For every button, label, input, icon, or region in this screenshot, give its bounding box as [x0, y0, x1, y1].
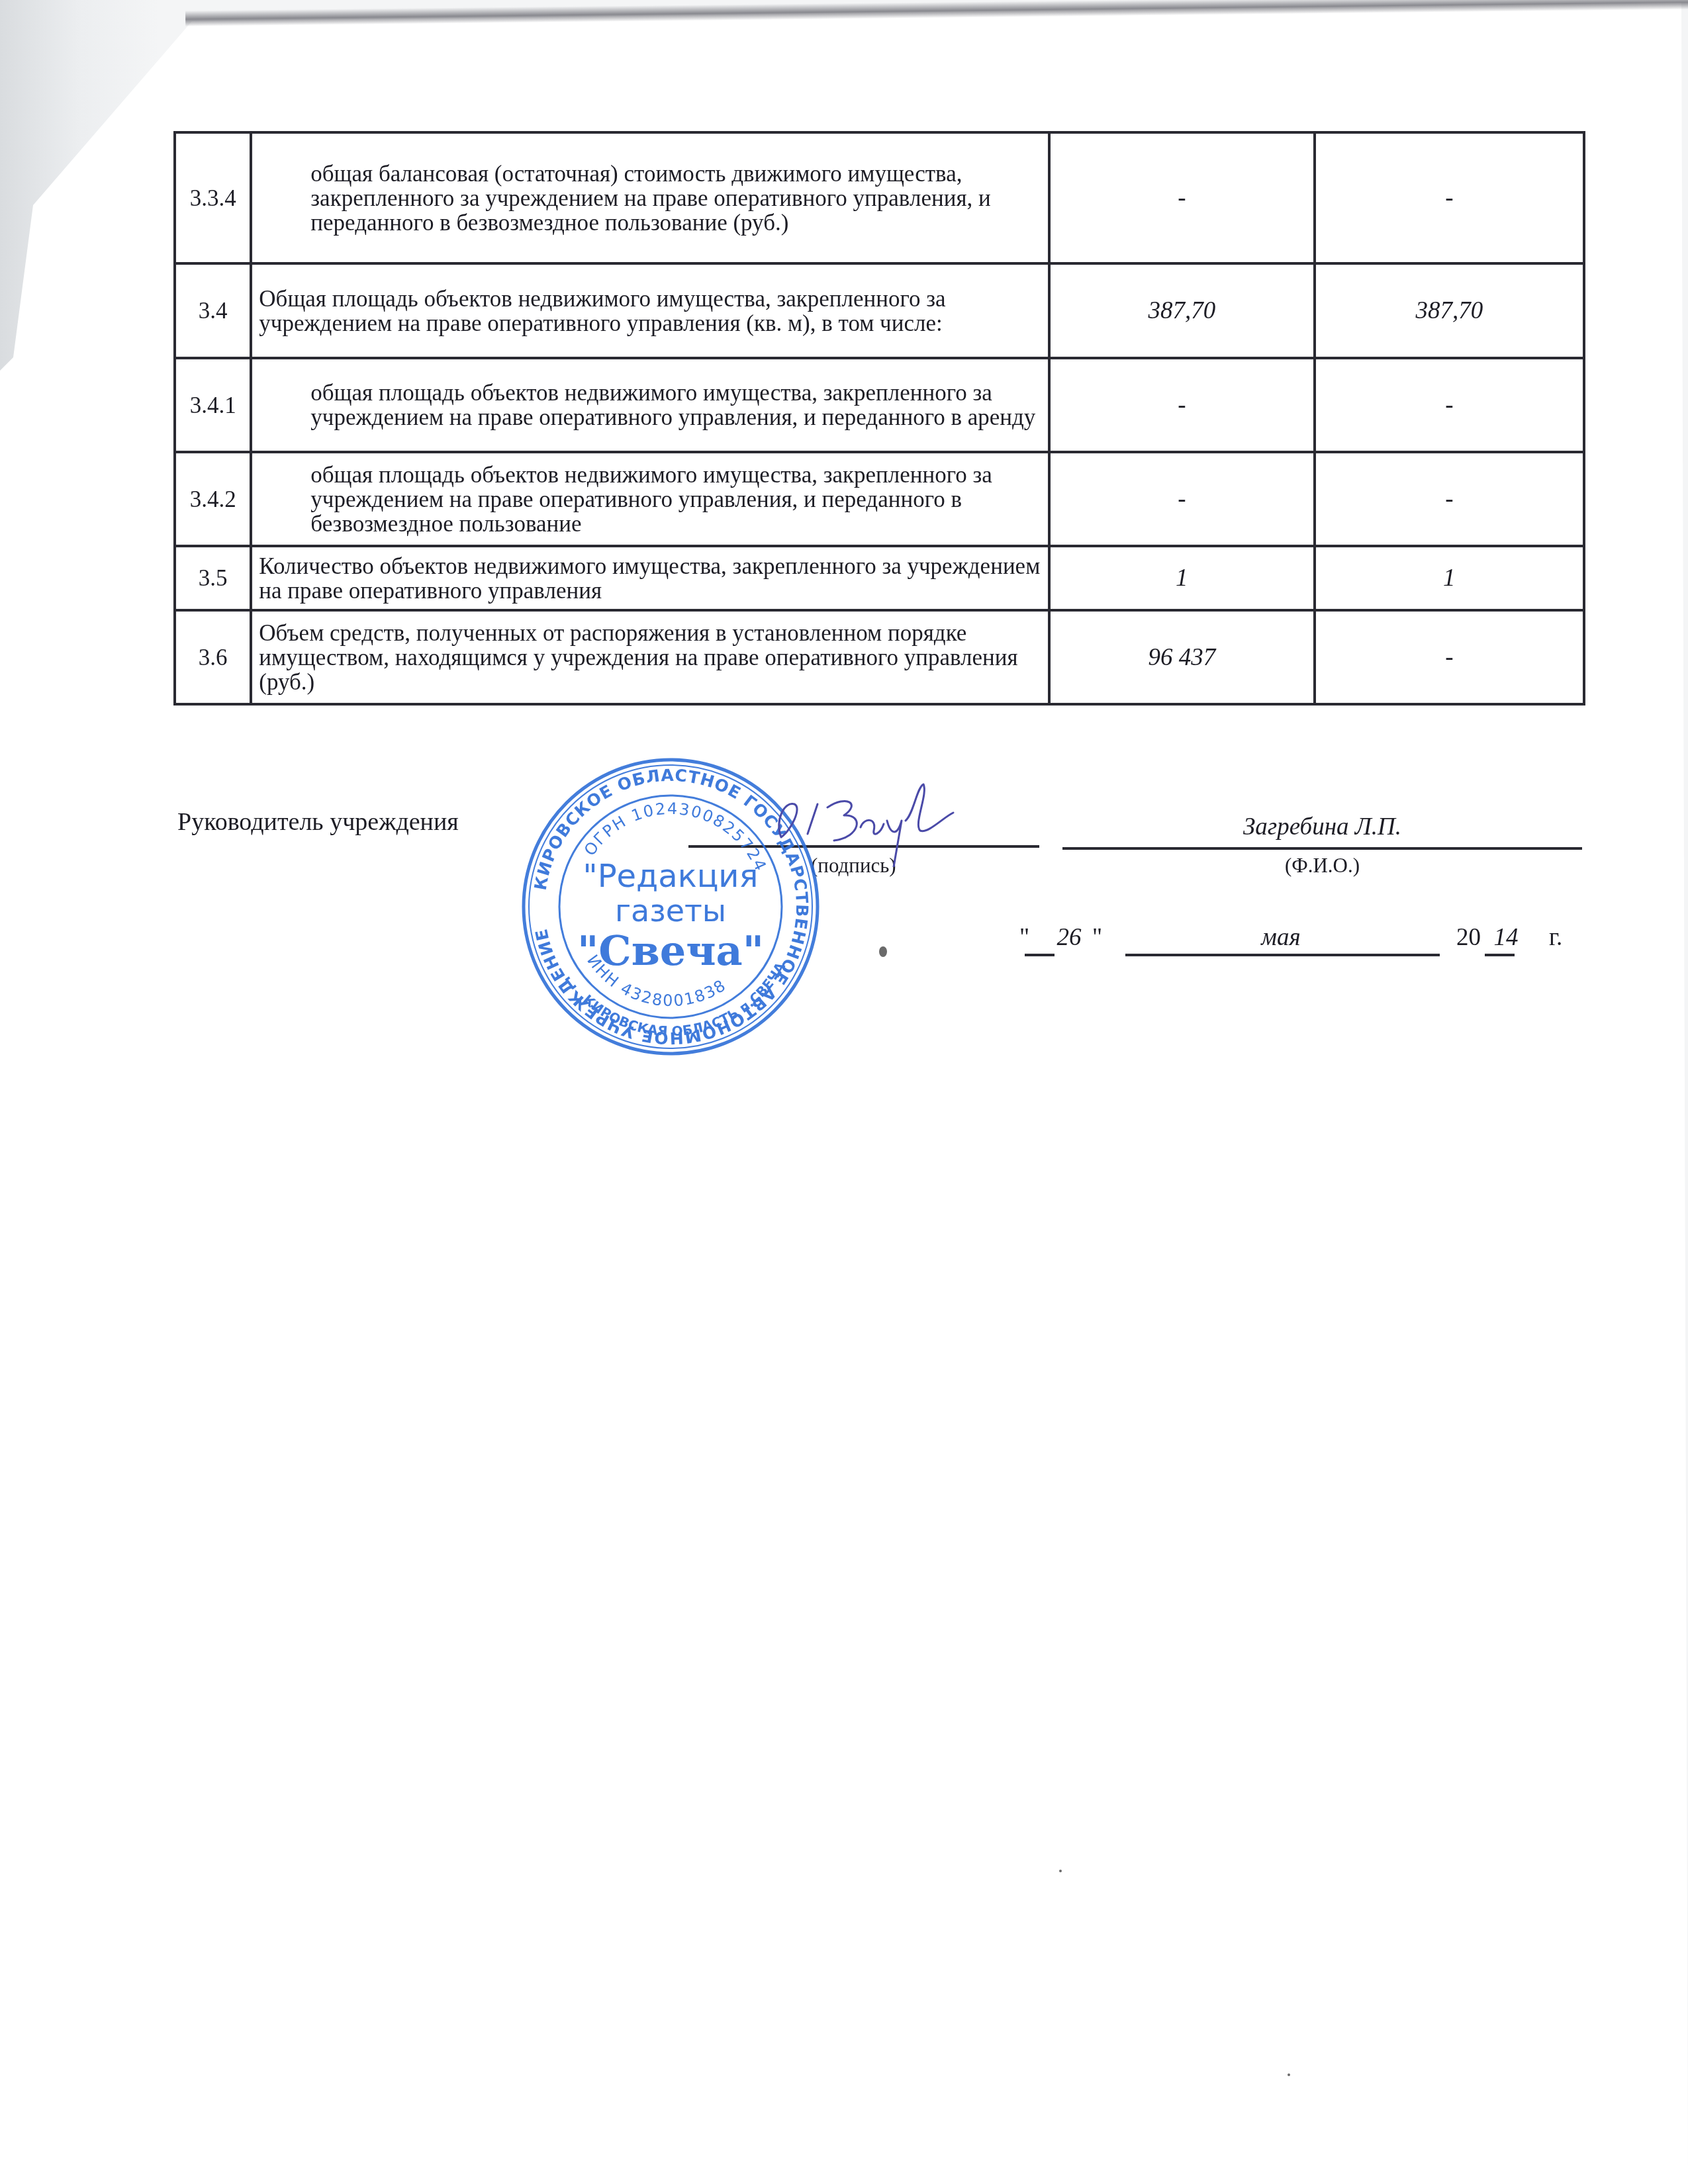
row-value-start: 387,70 [1049, 263, 1315, 358]
row-description: Объем средств, полученных от распоряжени… [251, 610, 1049, 704]
row-number: 3.4.1 [175, 358, 251, 452]
stamp-center-line-2: газеты [615, 893, 726, 929]
date-month: мая [1125, 923, 1436, 952]
table-row: 3.5 Количество объектов недвижимого имущ… [175, 546, 1584, 610]
row-value-end: - [1315, 452, 1584, 546]
table-row: 3.4.2 общая площадь объектов недвижимого… [175, 452, 1584, 546]
scan-speck [879, 946, 887, 957]
day-underline [1025, 954, 1055, 956]
row-value-start: 96 437 [1049, 610, 1315, 704]
scan-speck [1059, 1870, 1062, 1872]
row-number: 3.3.4 [175, 132, 251, 263]
row-number: 3.6 [175, 610, 251, 704]
name-caption: (Ф.И.О.) [1062, 854, 1582, 878]
stamp-center-line-1: "Редакция [583, 858, 759, 895]
row-value-end: - [1315, 610, 1584, 704]
row-description: Общая площадь объектов недвижимого имуще… [251, 263, 1049, 358]
table-row: 3.6 Объем средств, полученных от распоря… [175, 610, 1584, 704]
name-line [1062, 847, 1582, 850]
date-day: 26 [1053, 923, 1086, 952]
table-row: 3.4.1 общая площадь объектов недвижимого… [175, 358, 1584, 452]
property-report-table: 3.3.4 общая балансовая (остаточная) стои… [173, 131, 1585, 705]
signatory-name: Загребина Л.П. [1062, 813, 1582, 841]
table-row: 3.3.4 общая балансовая (остаточная) стои… [175, 132, 1584, 263]
row-value-start: - [1049, 452, 1315, 546]
row-value-end: 387,70 [1315, 263, 1584, 358]
row-number: 3.4.2 [175, 452, 251, 546]
date-open-quote: " [1019, 923, 1029, 952]
row-value-end: - [1315, 358, 1584, 452]
head-of-institution-label: Руководитель учреждения [177, 807, 459, 837]
row-value-start: - [1049, 358, 1315, 452]
row-description: общая площадь объектов недвижимого имуще… [251, 452, 1049, 546]
scan-speck [1288, 2073, 1290, 2076]
row-value-end: 1 [1315, 546, 1584, 610]
date-year-suffix: 14 [1489, 923, 1523, 952]
row-value-end: - [1315, 132, 1584, 263]
row-description: общая площадь объектов недвижимого имуще… [251, 358, 1049, 452]
handwritten-signature-icon [755, 774, 993, 867]
row-description: общая балансовая (остаточная) стоимость … [251, 132, 1049, 263]
row-number: 3.4 [175, 263, 251, 358]
stamp-center-line-3: "Свеча" [577, 927, 764, 975]
date-year-abbrev: г. [1549, 923, 1562, 952]
date-year-prefix: 20 [1456, 923, 1481, 952]
year-underline [1485, 954, 1515, 956]
row-value-start: - [1049, 132, 1315, 263]
row-number: 3.5 [175, 546, 251, 610]
row-value-start: 1 [1049, 546, 1315, 610]
month-underline [1125, 954, 1440, 956]
table-row: 3.4 Общая площадь объектов недвижимого и… [175, 263, 1584, 358]
date-close-quote: " [1092, 923, 1102, 952]
row-description: Количество объектов недвижимого имуществ… [251, 546, 1049, 610]
